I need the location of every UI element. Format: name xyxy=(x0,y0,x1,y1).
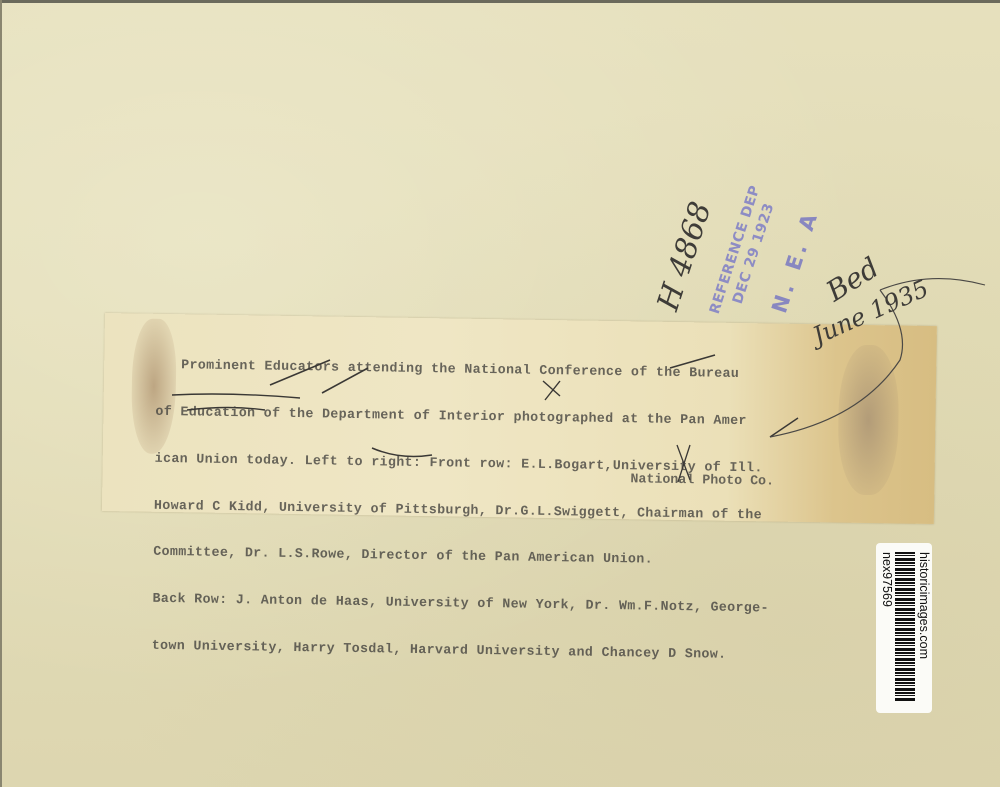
barcode-label: historicimages.com nex97569 xyxy=(876,543,932,713)
label-site-text: historicimages.com xyxy=(917,552,931,659)
barcode-icon xyxy=(895,552,915,702)
label-code-text: nex97569 xyxy=(880,552,894,607)
pencil-marks xyxy=(0,0,1000,787)
barcode-label-content: historicimages.com nex97569 xyxy=(876,548,932,708)
